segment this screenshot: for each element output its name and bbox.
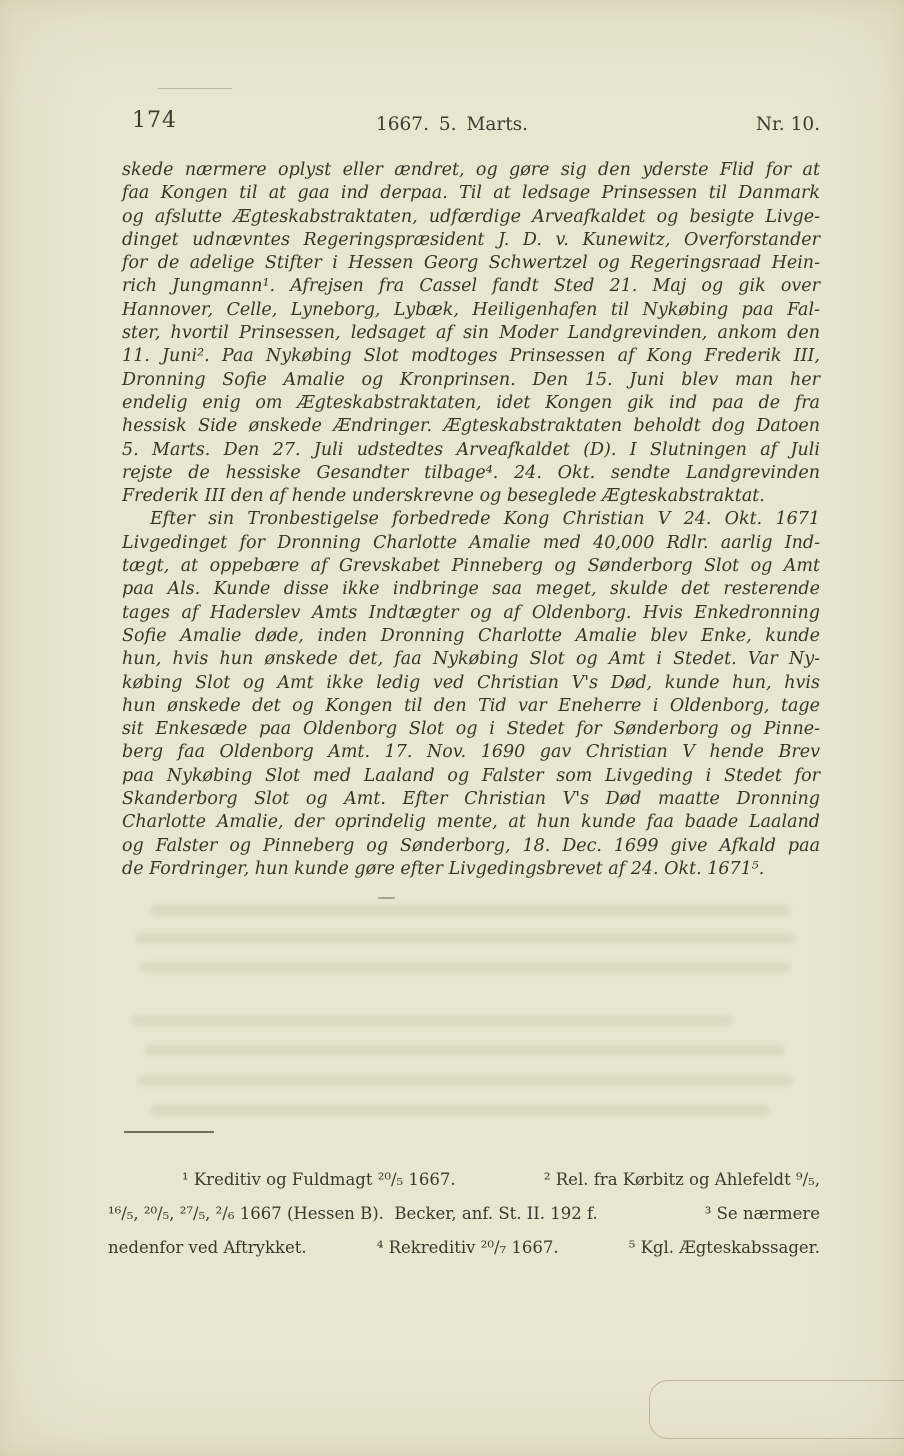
footnote-segment: ¹⁶/₅, ²⁰/₅, ²⁷/₅, ²/₆ 1667 (Hessen B). B… [108,1197,598,1231]
separator-dash [378,897,395,899]
text-line: skede nærmere oplyst eller ændret, og gø… [122,159,820,182]
text-line: for de adelige Stifter i Hessen Georg Sc… [122,252,820,275]
text-line: hessisk Side ønskede Ændringer. Ægteskab… [122,415,820,438]
footnote-line: ¹ Kreditiv og Fuldmagt ²⁰/₅ 1667.² Rel. … [108,1163,820,1197]
body-paragraph: Efter sin Tronbestigelse forbedrede Kong… [122,508,820,881]
bleed-through [140,962,790,973]
footnote-segment: ⁵ Kgl. Ægteskabssager. [629,1231,820,1265]
book-page: 174 1667. 5. Marts. Nr. 10. skede nærmer… [0,0,904,1456]
text-line: Frederik III den af hende underskrevne o… [122,485,820,508]
bleed-through [135,933,795,944]
text-line: Skanderborg Slot og Amt. Efter Christian… [122,788,820,811]
text-line: hun ønskede det og Kongen til den Tid va… [122,695,820,718]
text-line: tægt, at oppebære af Grevskabet Pinneber… [122,555,820,578]
footnote-segment: nedenfor ved Aftrykket. [108,1231,307,1265]
text-line: endelig enig om Ægteskabstraktaten, idet… [122,392,820,415]
footnote-segment: ¹ Kreditiv og Fuldmagt ²⁰/₅ 1667. [182,1163,456,1197]
text-line: Livgedinget for Dronning Charlotte Amali… [122,532,820,555]
scan-artifact-outline [649,1380,904,1439]
text-line: ster, hvortil Prinsessen, ledsaget af si… [122,322,820,345]
text-line: Efter sin Tronbestigelse forbedrede Kong… [122,508,820,531]
text-line: 5. Marts. Den 27. Juli udstedtes Arveafk… [122,439,820,462]
text-line: rich Jungmann¹. Afrejsen fra Cassel fand… [122,275,820,298]
body-paragraph: skede nærmere oplyst eller ændret, og gø… [122,159,820,508]
text-line: berg faa Oldenborg Amt. 17. Nov. 1690 ga… [122,741,820,764]
text-line: 11. Juni². Paa Nykøbing Slot modtoges Pr… [122,345,820,368]
footnote-segment: ² Rel. fra Kørbitz og Ahlefeldt ⁹/₅, [544,1163,820,1197]
text-line: paa Als. Kunde disse ikke indbringe saa … [122,578,820,601]
footnotes: ¹ Kreditiv og Fuldmagt ²⁰/₅ 1667.² Rel. … [108,1163,820,1265]
text-line: rejste de hessiske Gesandter tilbage⁴. 2… [122,462,820,485]
text-line: tages af Haderslev Amts Indtægter og af … [122,602,820,625]
bleed-through [145,1045,785,1056]
text-line: hun, hvis hun ønskede det, faa Nykøbing … [122,648,820,671]
text-line: de Fordringer, hun kunde gøre efter Livg… [122,858,820,881]
footnote-rule [124,1131,214,1133]
text-line: Sofie Amalie døde, inden Dronning Charlo… [122,625,820,648]
bleed-through [132,1015,732,1026]
text-line: dinget udnævntes Regeringspræsident J. D… [122,229,820,252]
text-line: paa Nykøbing Slot med Laaland og Falster… [122,765,820,788]
bleed-through [150,1105,770,1116]
body-text: skede nærmere oplyst eller ændret, og gø… [122,159,820,881]
footnote-segment: ³ Se nærmere [705,1197,820,1231]
text-line: Hannover, Celle, Lyneborg, Lybæk, Heilig… [122,299,820,322]
footnote-line: ¹⁶/₅, ²⁰/₅, ²⁷/₅, ²/₆ 1667 (Hessen B). B… [108,1197,820,1231]
bleed-through [150,905,790,916]
text-line: faa Kongen til at gaa ind derpaa. Til at… [122,182,820,205]
footnote-segment: ⁴ Rekreditiv ²⁰/₇ 1667. [377,1231,559,1265]
bleed-through [138,1075,793,1086]
text-line: sit Enkesæde paa Oldenborg Slot og i Ste… [122,718,820,741]
text-line: og afslutte Ægteskabstraktaten, udfærdig… [122,206,820,229]
footnote-line: nedenfor ved Aftrykket.⁴ Rekreditiv ²⁰/₇… [108,1231,820,1265]
text-line: Dronning Sofie Amalie og Kronprinsen. De… [122,369,820,392]
document-number: Nr. 10. [756,114,820,135]
text-line: købing Slot og Amt ikke ledig ved Christ… [122,672,820,695]
scan-scratch-artifact [158,88,232,89]
text-line: Charlotte Amalie, der oprindelig mente, … [122,811,820,834]
text-line: og Falster og Pinneberg og Sønderborg, 1… [122,835,820,858]
